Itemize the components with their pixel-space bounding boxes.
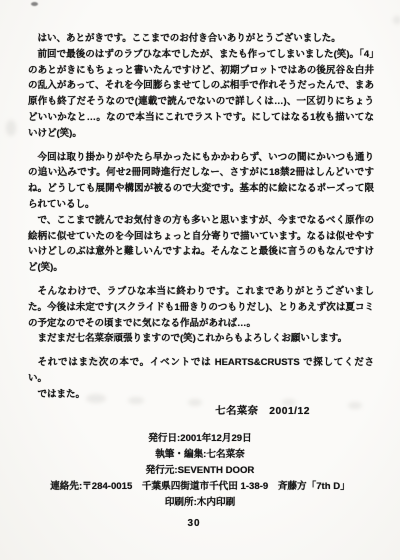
scan-smudge [6, 120, 16, 136]
afterword-text: はい、あとがきです。ここまでのお付き合いありがとうございました。 前回で最後のは… [28, 31, 374, 419]
afterword-paragraph: そんなわけで、ラブひな本当に終わりです。これまでありがとうございました。今後は未… [28, 284, 374, 331]
afterword-paragraph: まだまだ七名菜奈頑張りますので(笑)これからもよろしくお願いします。 [28, 331, 374, 347]
afterword-page: はい、あとがきです。ここまでのお付き合いありがとうございました。 前回で最後のは… [0, 0, 400, 560]
afterword-paragraph: で、ここまで読んでお気付きの方も多いと思いますが、今までなるべく原作の絵柄に似せ… [28, 213, 374, 276]
afterword-paragraph: 今回は取り掛かりがやたら早かったにもかかわらず、いつの間にかいつも通りの追い込み… [28, 150, 374, 213]
colophon-author-editor: 執筆・編集:七名菜奈 [0, 447, 400, 463]
scan-speck [31, 2, 38, 6]
afterword-section: そんなわけで、ラブひな本当に終わりです。これまでありがとうございました。今後は未… [28, 284, 374, 347]
afterword-section: それではまた次の本で。イベントでは HEARTS&CRUSTS で探してください… [28, 355, 374, 402]
colophon-publisher: 発行元:SEVENTH DOOR [0, 463, 400, 479]
afterword-section: 今回は取り掛かりがやたら早かったにもかかわらず、いつの間にかいつも通りの追い込み… [28, 150, 374, 276]
afterword-paragraph: それではまた次の本で。イベントでは HEARTS&CRUSTS で探してください… [28, 355, 374, 387]
colophon-issue-date: 発行日:2001年12月29日 [0, 431, 400, 447]
colophon: 発行日:2001年12月29日 執筆・編集:七名菜奈 発行元:SEVENTH D… [0, 431, 400, 511]
afterword-paragraph: 前回で最後のはずのラブひな本でしたが、またも作ってしまいました(笑)。「4」のあ… [28, 47, 374, 142]
afterword-section: はい、あとがきです。ここまでのお付き合いありがとうございました。 前回で最後のは… [28, 31, 374, 142]
afterword-paragraph: ではまた。 [28, 387, 374, 403]
author-signature: 七名菜奈 2001/12 [28, 404, 374, 420]
colophon-contact-address: 連絡先:〒284-0015 千葉県四街道市千代田 1-38-9 斉藤方「7th … [0, 479, 400, 495]
scan-smudge [393, 16, 400, 24]
afterword-paragraph: はい、あとがきです。ここまでのお付き合いありがとうございました。 [28, 31, 374, 47]
page-number: 30 [0, 518, 388, 529]
colophon-printer: 印刷所:木内印刷 [0, 495, 400, 511]
